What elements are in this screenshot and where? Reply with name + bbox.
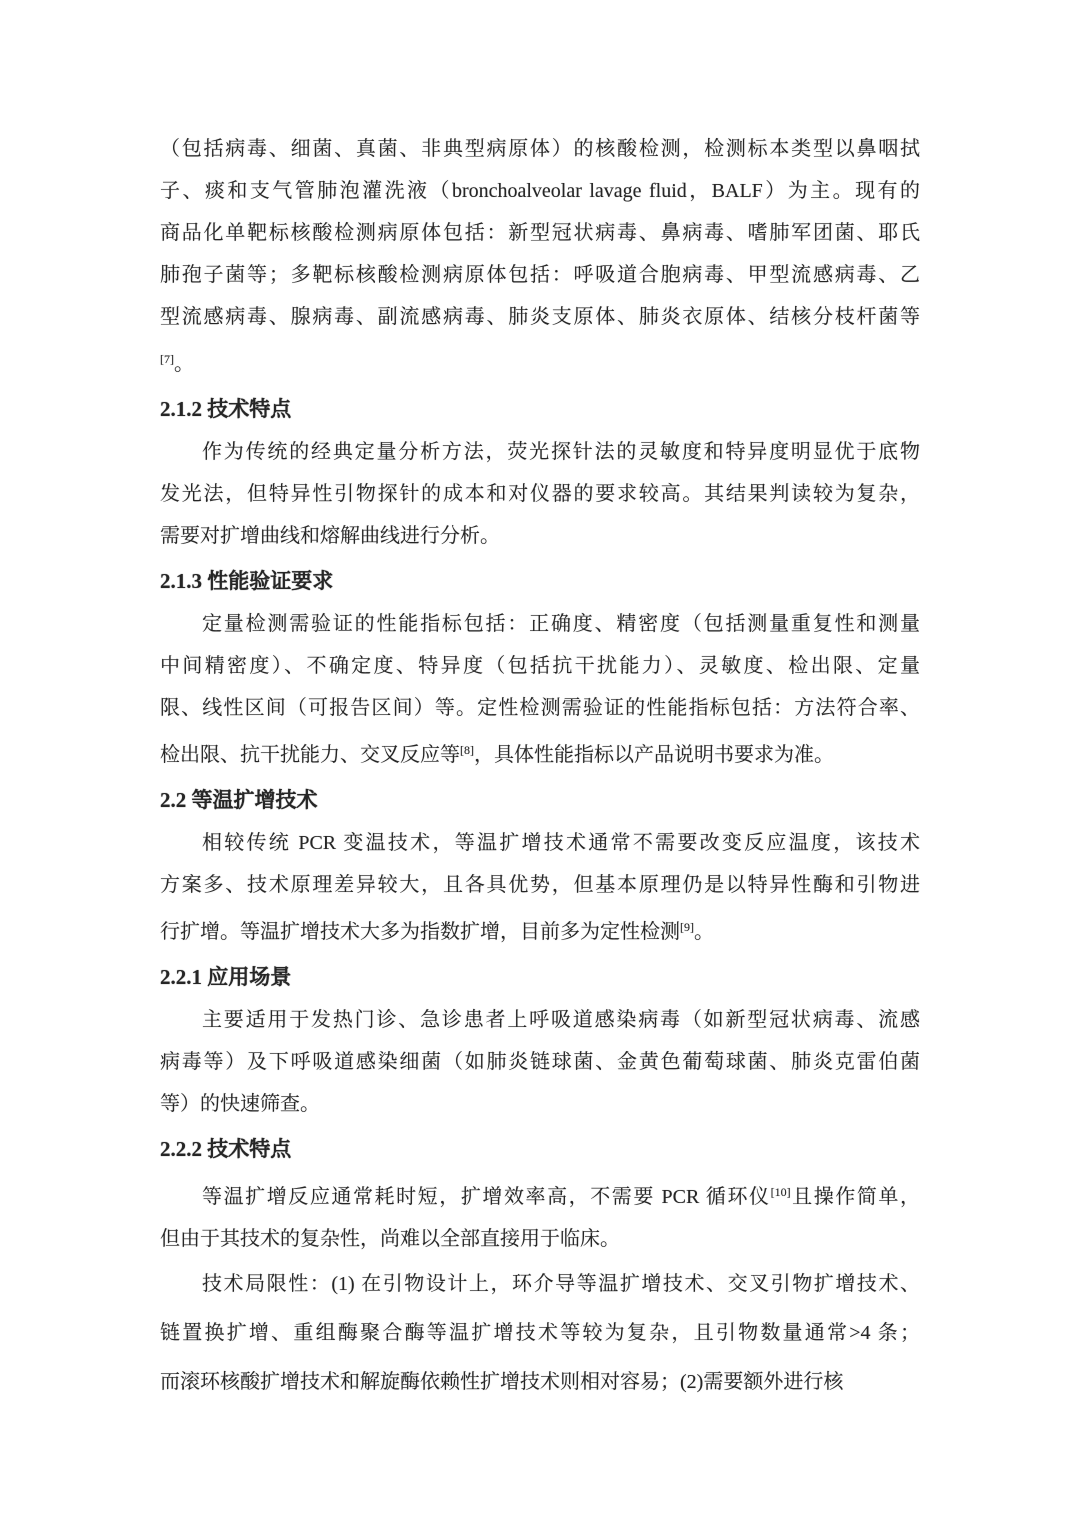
line-text: 子、痰和支气管肺泡灌洗液（bronchoalveolar lavage flui…: [160, 180, 920, 202]
citation-superscript: [10]: [771, 1185, 791, 1199]
line-text: 链置换扩增、重组酶聚合酶等温扩增技术等较为复杂，且引物数量通常>4 条；: [160, 1322, 920, 1344]
line-text: 而滚环核酸扩增技术和解旋酶依赖性扩增技术则相对容易；(2)需要额外进行核: [160, 1371, 843, 1393]
text-line: 型流感病毒、腺病毒、副流感病毒、肺炎支原体、肺炎衣原体、结核分枝杆菌等: [160, 296, 920, 338]
text-line: （包括病毒、细菌、真菌、非典型病原体）的核酸检测，检测标本类型以鼻咽拭: [160, 128, 920, 170]
line-text: 2.2.1 应用场景: [160, 965, 291, 989]
text-line: 等温扩增反应通常耗时短，扩增效率高，不需要 PCR 循环仪[10]且操作简单，: [160, 1171, 920, 1218]
line-text: 行扩增。等温扩增技术大多为指数扩增，目前多为定性检测: [160, 921, 680, 943]
text-line: 商品化单靶标核酸检测病原体包括：新型冠状病毒、鼻病毒、嗜肺军团菌、耶氏: [160, 212, 920, 254]
text-line: 定量检测需验证的性能指标包括：正确度、精密度（包括测量重复性和测量: [160, 603, 920, 645]
line-text: 但由于其技术的复杂性，尚难以全部直接用于临床。: [160, 1228, 620, 1250]
citation-superscript: [9]: [680, 920, 694, 934]
text-line: 等）的快速筛查。: [160, 1083, 920, 1125]
line-text: 。: [174, 353, 194, 375]
text-line: 而滚环核酸扩增技术和解旋酶依赖性扩增技术则相对容易；(2)需要额外进行核: [160, 1358, 920, 1407]
line-text: 发光法，但特异性引物探针的成本和对仪器的要求较高。其结果判读较为复杂，: [160, 483, 920, 505]
line-text: 。: [694, 921, 714, 943]
text-line: 技术局限性：(1) 在引物设计上，环介导等温扩增技术、交叉引物扩增技术、: [160, 1260, 920, 1309]
text-line: 作为传统的经典定量分析方法，荧光探针法的灵敏度和特异度明显优于底物: [160, 431, 920, 473]
section-heading: 2.1.2 技术特点: [160, 388, 920, 430]
line-text: 且操作简单，: [791, 1186, 920, 1208]
line-text: 相较传统 PCR 变温技术，等温扩增技术通常不需要改变反应温度，该技术: [202, 832, 920, 854]
section-heading: 2.2.1 应用场景: [160, 956, 920, 998]
line-text: 限、线性区间（可报告区间）等。定性检测需验证的性能指标包括：方法符合率、: [160, 697, 920, 719]
section-heading: 2.2 等温扩增技术: [160, 779, 920, 821]
text-line: 中间精密度）、不确定度、特异度（包括抗干扰能力）、灵敏度、检出限、定量: [160, 645, 920, 687]
text-line: 方案多、技术原理差异较大，且各具优势，但基本原理仍是以特异性酶和引物进: [160, 864, 920, 906]
line-text: ，具体性能指标以产品说明书要求为准。: [474, 744, 834, 766]
document-page: （包括病毒、细菌、真菌、非典型病原体）的核酸检测，检测标本类型以鼻咽拭子、痰和支…: [0, 0, 1080, 1527]
line-text: 2.2.2 技术特点: [160, 1137, 291, 1161]
line-text: 型流感病毒、腺病毒、副流感病毒、肺炎支原体、肺炎衣原体、结核分枝杆菌等: [160, 306, 920, 328]
line-text: 病毒等）及下呼吸道感染细菌（如肺炎链球菌、金黄色葡萄球菌、肺炎克雷伯菌: [160, 1051, 920, 1073]
citation-superscript: [8]: [460, 743, 474, 757]
line-text: 主要适用于发热门诊、急诊患者上呼吸道感染病毒（如新型冠状病毒、流感: [202, 1009, 920, 1031]
text-line: 相较传统 PCR 变温技术，等温扩增技术通常不需要改变反应温度，该技术: [160, 822, 920, 864]
text-line: 肺孢子菌等；多靶标核酸检测病原体包括：呼吸道合胞病毒、甲型流感病毒、乙: [160, 254, 920, 296]
line-text: 等）的快速筛查。: [160, 1093, 320, 1115]
line-text: 商品化单靶标核酸检测病原体包括：新型冠状病毒、鼻病毒、嗜肺军团菌、耶氏: [160, 222, 920, 244]
text-line: 发光法，但特异性引物探针的成本和对仪器的要求较高。其结果判读较为复杂，: [160, 473, 920, 515]
citation-superscript: [7]: [160, 352, 174, 366]
line-text: 肺孢子菌等；多靶标核酸检测病原体包括：呼吸道合胞病毒、甲型流感病毒、乙: [160, 264, 920, 286]
text-line: 病毒等）及下呼吸道感染细菌（如肺炎链球菌、金黄色葡萄球菌、肺炎克雷伯菌: [160, 1041, 920, 1083]
text-line: 限、线性区间（可报告区间）等。定性检测需验证的性能指标包括：方法符合率、: [160, 687, 920, 729]
line-text: 2.2 等温扩增技术: [160, 788, 318, 812]
text-line: 主要适用于发热门诊、急诊患者上呼吸道感染病毒（如新型冠状病毒、流感: [160, 999, 920, 1041]
line-text: 2.1.2 技术特点: [160, 397, 291, 421]
line-text: 技术局限性：(1) 在引物设计上，环介导等温扩增技术、交叉引物扩增技术、: [202, 1273, 920, 1295]
section-heading: 2.2.2 技术特点: [160, 1128, 920, 1170]
line-text: 等温扩增反应通常耗时短，扩增效率高，不需要 PCR 循环仪: [202, 1186, 771, 1208]
section-heading: 2.1.3 性能验证要求: [160, 560, 920, 602]
text-line: 链置换扩增、重组酶聚合酶等温扩增技术等较为复杂，且引物数量通常>4 条；: [160, 1309, 920, 1358]
line-text: （包括病毒、细菌、真菌、非典型病原体）的核酸检测，检测标本类型以鼻咽拭: [160, 138, 920, 160]
text-line: 检出限、抗干扰能力、交叉反应等[8]，具体性能指标以产品说明书要求为准。: [160, 729, 920, 776]
line-text: 检出限、抗干扰能力、交叉反应等: [160, 744, 460, 766]
line-text: 作为传统的经典定量分析方法，荧光探针法的灵敏度和特异度明显优于底物: [202, 441, 920, 463]
text-line: 但由于其技术的复杂性，尚难以全部直接用于临床。: [160, 1218, 920, 1260]
text-line: 行扩增。等温扩增技术大多为指数扩增，目前多为定性检测[9]。: [160, 906, 920, 953]
text-line: 子、痰和支气管肺泡灌洗液（bronchoalveolar lavage flui…: [160, 170, 920, 212]
page-content: （包括病毒、细菌、真菌、非典型病原体）的核酸检测，检测标本类型以鼻咽拭子、痰和支…: [160, 128, 920, 1407]
line-text: 需要对扩增曲线和熔解曲线进行分析。: [160, 525, 500, 547]
text-line: [7]。: [160, 338, 920, 385]
line-text: 中间精密度）、不确定度、特异度（包括抗干扰能力）、灵敏度、检出限、定量: [160, 655, 920, 677]
line-text: 定量检测需验证的性能指标包括：正确度、精密度（包括测量重复性和测量: [202, 613, 920, 635]
text-line: 需要对扩增曲线和熔解曲线进行分析。: [160, 515, 920, 557]
line-text: 2.1.3 性能验证要求: [160, 569, 333, 593]
line-text: 方案多、技术原理差异较大，且各具优势，但基本原理仍是以特异性酶和引物进: [160, 874, 920, 896]
